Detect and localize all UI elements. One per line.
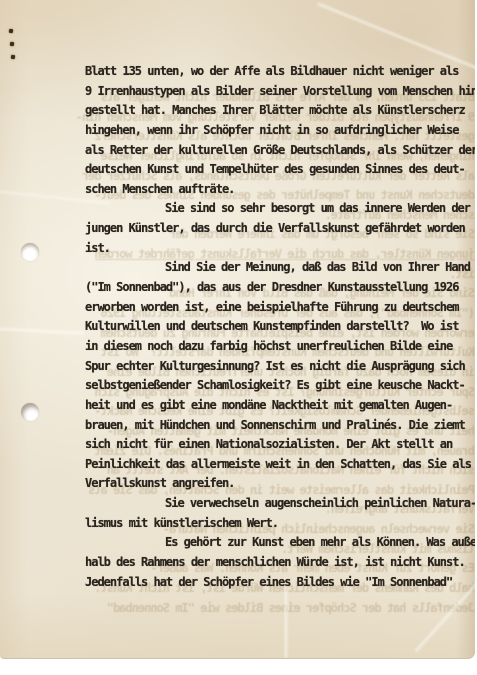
text-line: hingehen, wenn ihr Schöpfer nicht in so … (85, 121, 473, 141)
text-line: Kulturwillen und deutschem Kunstempfinde… (85, 317, 473, 337)
text-line: Sie sind so sehr besorgt um das innere W… (85, 199, 473, 219)
text-line: gestellt hat. Manches Ihrer Blätter möch… (85, 101, 473, 121)
text-line: schen Menschen aufträte. (85, 180, 473, 200)
ghost-text-line: Jedenfalls hat der Schöpfer eines Bildes… (30, 599, 475, 619)
text-line: jungen Künstler, das durch die Verfallsk… (85, 219, 473, 239)
text-line: als Retter der kulturellen Größe Deutsch… (85, 141, 473, 161)
text-line: Peinlichkeit das allermeiste weit in den… (85, 455, 473, 475)
text-line: in diesem noch dazu farbig höchst unerfr… (85, 337, 473, 357)
text-line: Blatt 135 unten, wo der Affe als Bildhau… (85, 62, 473, 82)
text-line: Jedenfalls hat der Schöpfer eines Bildes… (85, 573, 473, 593)
text-line: sich nicht für einen Nationalsozialisten… (85, 435, 473, 455)
text-line: Verfallskunst angreifen. (85, 474, 473, 494)
text-line: brauen, mit Hündchen und Sonnenschirm un… (85, 416, 473, 436)
staple-dot (9, 29, 14, 34)
text-line: ("Im Sonnenbad"), das aus der Dresdner K… (85, 278, 473, 298)
text-line: ist. (85, 239, 473, 259)
text-line: Es gehört zur Kunst eben mehr als Können… (85, 533, 473, 553)
text-line: Sind Sie der Meinung, daß das Bild von I… (85, 258, 473, 278)
hole-punch-upper (21, 243, 39, 261)
staple-dot (10, 42, 15, 47)
text-line: erworben worden ist, eine beispielhafte … (85, 298, 473, 318)
scanned-paper-sheet: Blatt 135 unten, wo der Affe als Bildhau… (0, 0, 475, 659)
staple-dot (11, 55, 16, 60)
text-line: Sie verwechseln augenscheinlich peinlich… (85, 494, 473, 514)
text-line: 9 Irrenhaustypen als Bilder seiner Vorst… (85, 82, 473, 102)
hole-punch-lower (21, 403, 39, 421)
text-line: heit und es gibt eine mondäne Nacktheit … (85, 396, 473, 416)
typewritten-text-block: Blatt 135 unten, wo der Affe als Bildhau… (85, 62, 473, 592)
text-line: lismus mit künstlerischem Wert. (85, 514, 473, 534)
text-line: Spur echter Kulturgesinnung? Ist es nich… (85, 357, 473, 377)
text-line: deutschen Kunst und Tempelhüter des gesu… (85, 160, 473, 180)
text-line: halb des Rahmens der menschlichen Würde … (85, 553, 473, 573)
text-line: selbstgenießender Schamlosigkeit? Es gib… (85, 376, 473, 396)
